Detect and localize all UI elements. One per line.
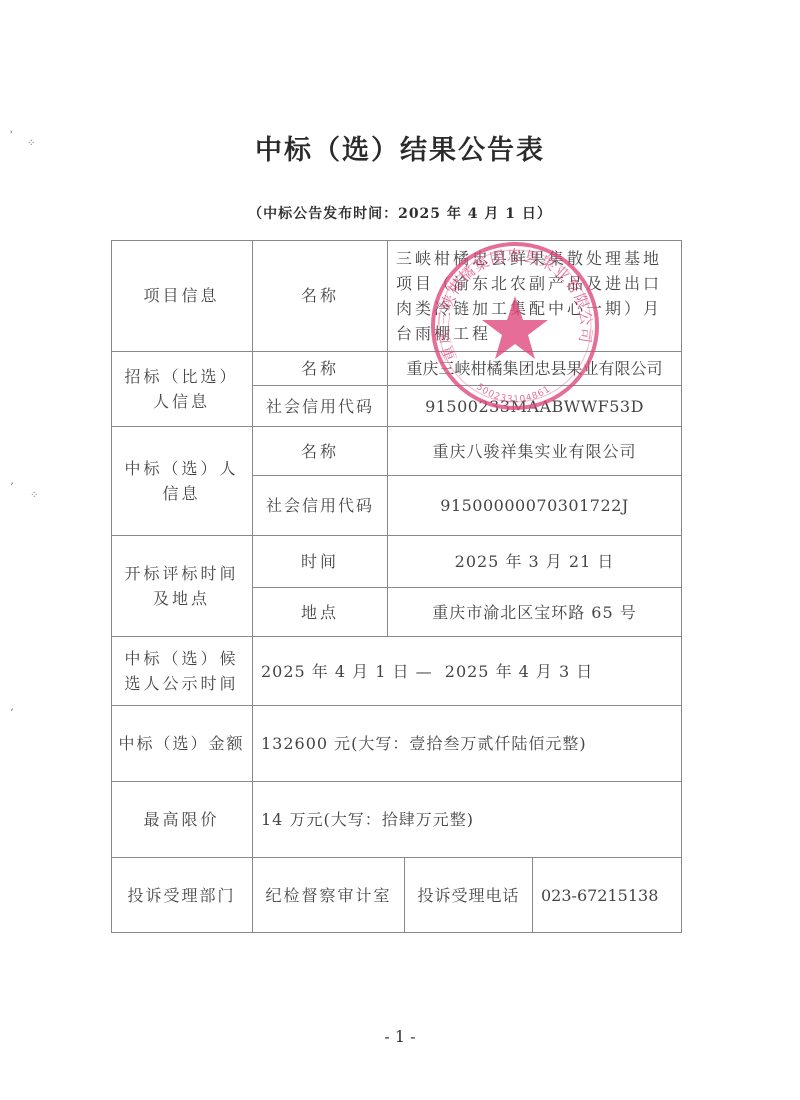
winner-info-label: 中标（选）人信息: [111, 427, 253, 536]
scan-speck: ʼ: [10, 482, 13, 493]
publicity-label: 中标（选）候选人公示时间: [111, 637, 253, 706]
tenderer-credit-label: 社会信用代码: [253, 386, 388, 427]
winner-credit-label: 社会信用代码: [253, 476, 388, 536]
opening-time-value: 2025 年 3 月 21 日: [388, 536, 682, 588]
opening-info-label: 开标评标时间及地点: [111, 536, 253, 637]
project-info-label: 项目信息: [111, 240, 253, 352]
winner-name-label: 名称: [253, 427, 388, 476]
complaint-dept-value: 纪检督察审计室: [253, 858, 405, 933]
tenderer-name-label: 名称: [253, 352, 388, 386]
opening-place-label: 地点: [253, 588, 388, 637]
opening-place-value: 重庆市渝北区宝环路 65 号: [388, 588, 682, 637]
document-title: 中标（选）结果公告表: [0, 128, 800, 167]
winner-name-value: 重庆八骏祥集实业有限公司: [388, 427, 682, 476]
opening-time-label: 时间: [253, 536, 388, 588]
publish-date: （中标公告发布时间：2025 年 4 月 1 日）: [0, 203, 800, 223]
max-price-label: 最高限价: [111, 782, 253, 858]
tenderer-info-label: 招标（比选）人信息: [111, 352, 253, 427]
tenderer-credit-value: 91500233MAABWWF53D: [388, 386, 682, 427]
project-name-value: 三峡柑橘忠县鲜果集散处理基地项目（渝东北农副产品及进出口肉类冷链加工集配中心一期…: [388, 240, 682, 352]
scan-speck: ʾ: [10, 130, 13, 141]
project-name-label: 名称: [253, 240, 388, 352]
result-table: 项目信息 名称 三峡柑橘忠县鲜果集散处理基地项目（渝东北农副产品及进出口肉类冷链…: [111, 240, 682, 933]
publicity-value: 2025 年 4 月 1 日 — 2025 年 4 月 3 日: [253, 637, 682, 706]
tenderer-name-value: 重庆三峡柑橘集团忠县果业有限公司: [388, 352, 682, 386]
page-number: - 1 -: [0, 1027, 800, 1046]
scan-speck: ʼ: [10, 708, 13, 719]
winner-credit-value: 91500000070301722J: [388, 476, 682, 536]
amount-value: 132600 元(大写：壹拾叁万贰仟陆佰元整): [253, 706, 682, 782]
complaint-phone-label: 投诉受理电话: [405, 858, 533, 933]
scan-speck: ⁘: [30, 490, 38, 501]
complaint-phone-value: 023-67215138: [533, 858, 682, 933]
scan-speck: ⁘: [27, 138, 35, 149]
complaint-dept-label: 投诉受理部门: [111, 858, 253, 933]
amount-label: 中标（选）金额: [111, 706, 253, 782]
max-price-value: 14 万元(大写：拾肆万元整): [253, 782, 682, 858]
